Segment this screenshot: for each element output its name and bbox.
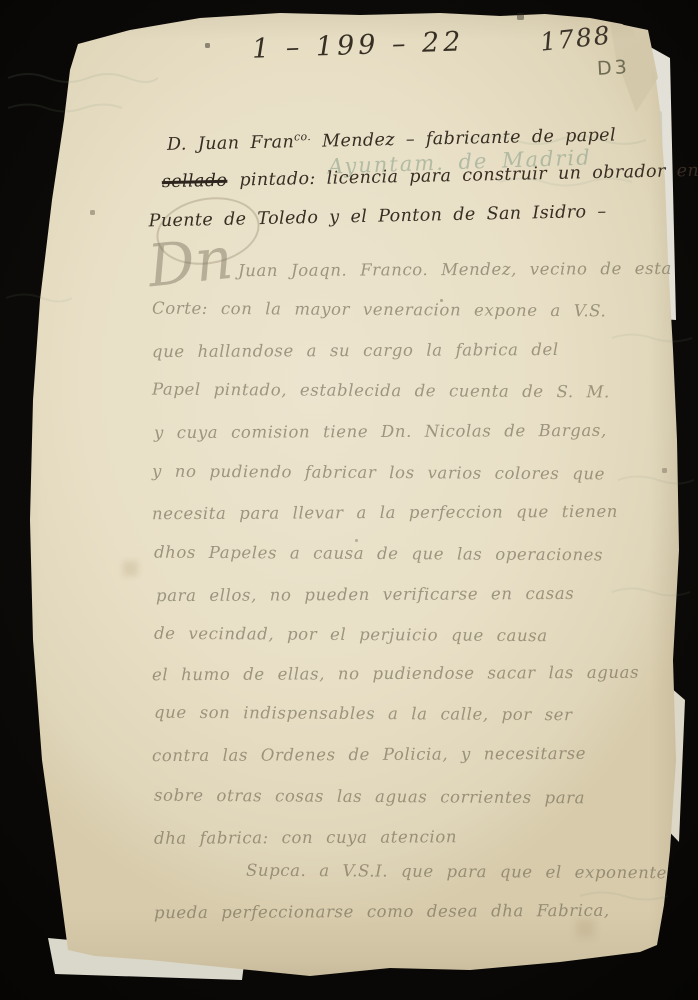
petition-line: Supca. a V.S.I. que para que el exponent…: [246, 861, 667, 883]
header-name-prefix: D. Juan Fran: [167, 132, 295, 155]
classification-code: D3: [596, 56, 630, 80]
header-name-superscript: co.: [294, 130, 311, 143]
docket-header: D. Juan Franco. Mendez – fabricante de p…: [167, 123, 649, 250]
petition-line: y no pudiendo fabricar los varios colore…: [152, 462, 605, 484]
petition-line: y cuya comision tiene Dn. Nicolas de Bar…: [154, 421, 607, 442]
petition-line: Corte: con la mayor veneracion expone a …: [152, 299, 606, 321]
petition-line: sobre otras cosas las aguas corrientes p…: [154, 786, 585, 808]
petition-line: Juan Joaqn. Franco. Mendez, vecino de es…: [238, 259, 672, 280]
struck-out-word: sellado: [162, 171, 228, 192]
petition-line: contra las Ordenes de Policia, y necesit…: [152, 744, 586, 765]
petition-line: Papel pintado, establecida de cuenta de …: [152, 380, 610, 402]
paper-specks: [0, 0, 1, 1]
header-name-rest: Mendez – fabricante de papel: [311, 125, 616, 151]
petition-line: que hallandose a su cargo la fabrica del: [152, 340, 559, 361]
petition-line: dha fabrica: con cuya atencion: [154, 827, 457, 848]
petition-line: pueda perfeccionarse como desea dha Fabr…: [154, 901, 610, 922]
petition-line: de vecindad, por el perjuicio que causa: [154, 624, 548, 645]
petition-line: dhos Papeles a causa de que las operacio…: [154, 543, 603, 565]
petition-line: que son indispensables a la calle, por s…: [154, 703, 573, 725]
petition-initial-flourish: Dn: [145, 224, 237, 301]
petition-line: necesita para llevar a la perfeccion que…: [152, 502, 618, 523]
petition-line: para ellos, no pueden verificarse en cas…: [156, 584, 574, 605]
photo-background: 1 – 199 – 22 1788 D3 Ayuntam. de Madrid …: [0, 0, 698, 1000]
petition-line: el humo de ellas, no pudiendose sacar la…: [152, 663, 639, 685]
